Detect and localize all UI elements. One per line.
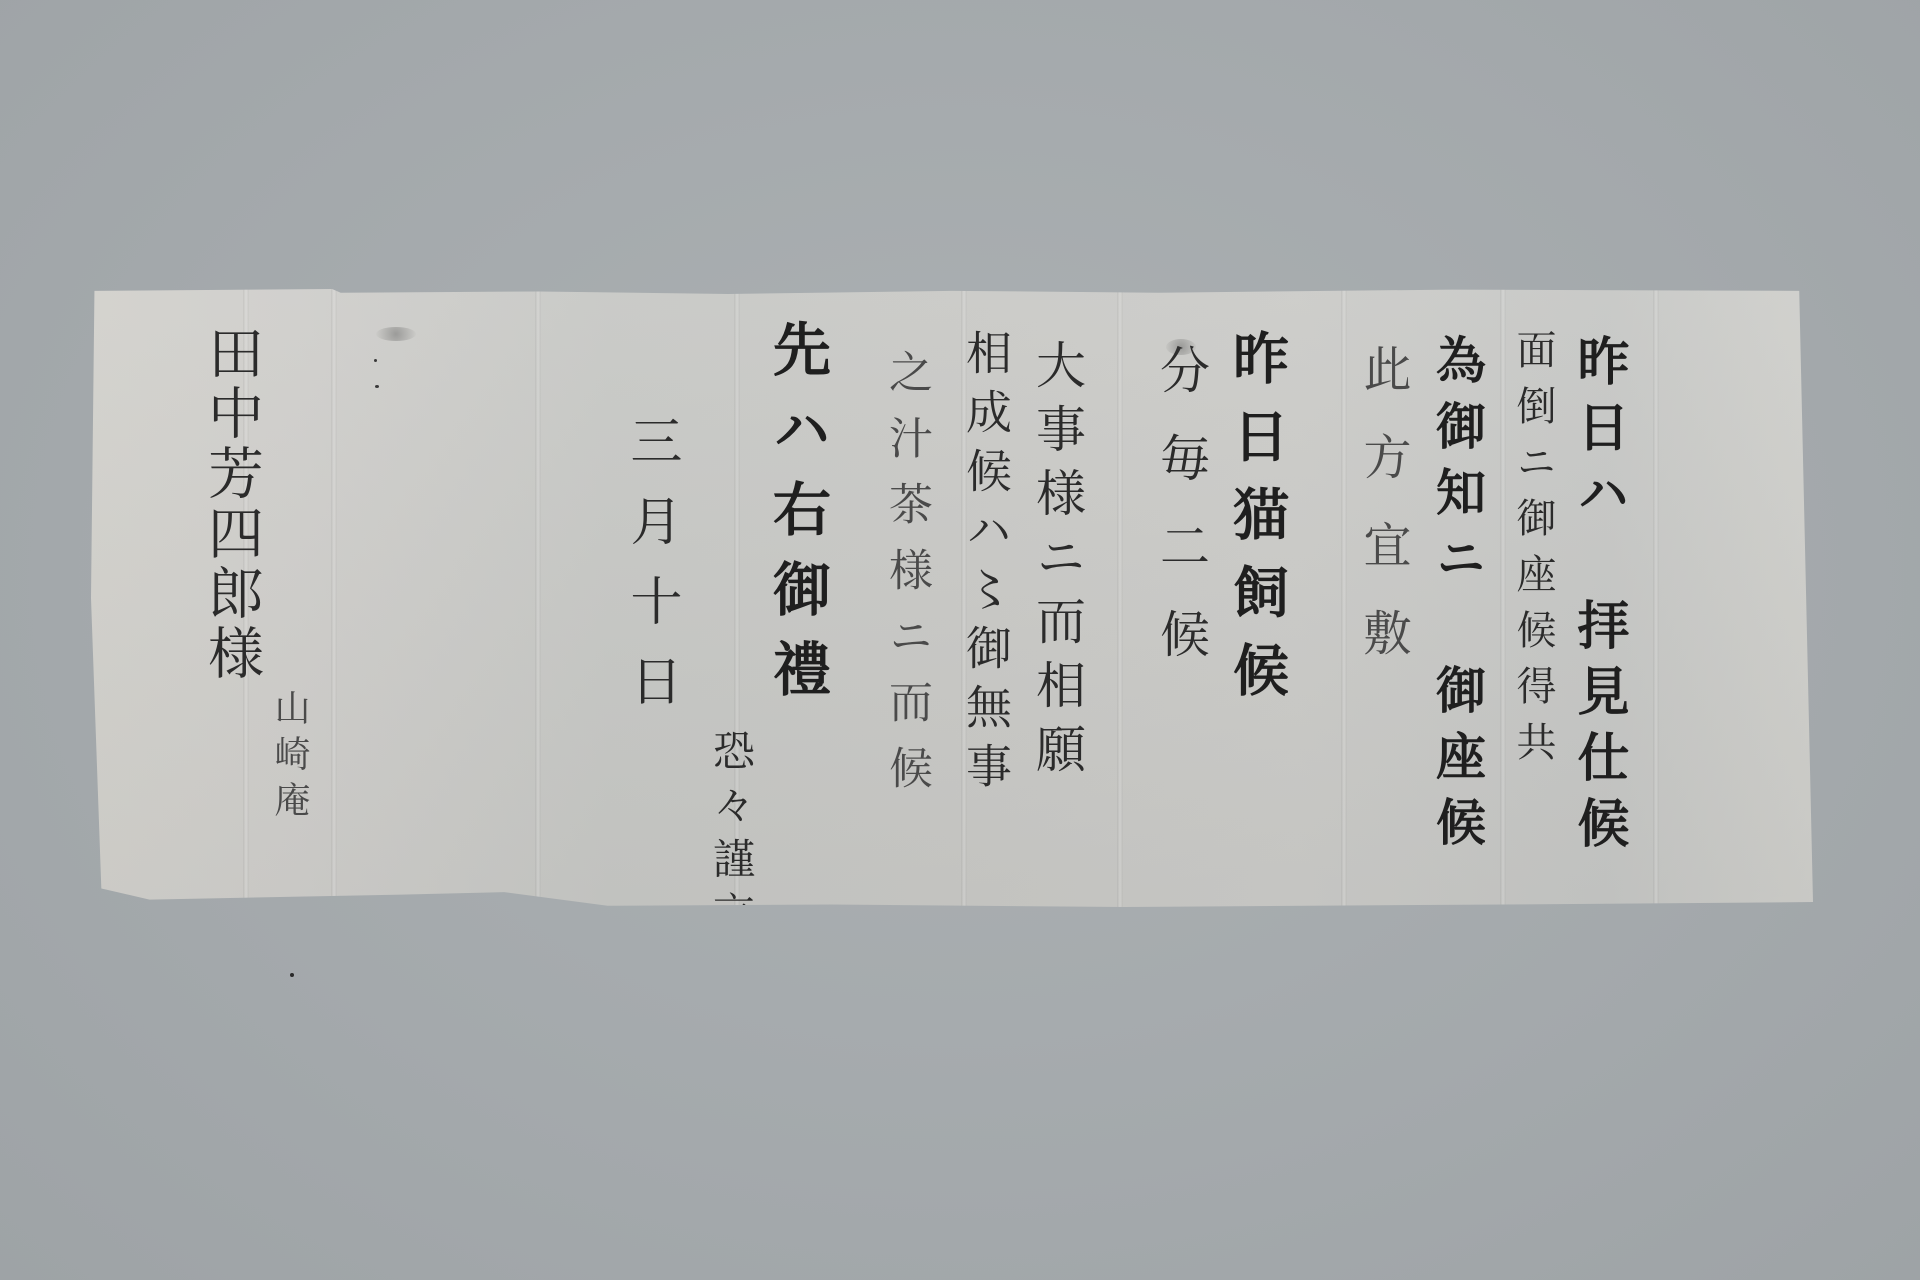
text-column-5: 昨日猫飼候 [1229, 329, 1285, 719]
text-column-8: 相成候ハ〻御無事 [963, 329, 1009, 801]
text-column-1: 昨日ハ 拝見仕候 [1572, 334, 1624, 862]
fold-line [1653, 289, 1659, 907]
fold-line [1500, 289, 1506, 907]
date-column: 三月十日 [625, 414, 677, 734]
addressee: 田中芳四郎様 [203, 324, 259, 684]
text-column-4: 此方宜敷 [1359, 344, 1407, 696]
text-column-10: 先ハ右御禮 [768, 319, 826, 719]
text-column-11: 恐々謹言 [710, 729, 752, 945]
ink-speck [374, 359, 377, 362]
letter-paper: 昨日ハ 拝見仕候 面倒ニ御座候得共 為御知ニ 御座候 此方宜敷 昨日猫飼候 分毎… [91, 289, 1813, 907]
text-column-3: 為御知ニ 御座候 [1432, 334, 1482, 862]
fold-line [1117, 289, 1123, 907]
fold-line [331, 289, 337, 907]
text-column-9: 之汁茶様ニ而候 [884, 349, 928, 811]
text-column-2: 面倒ニ御座候得共 [1513, 329, 1553, 777]
text-column-7: 大事様ニ而相願 [1032, 339, 1082, 787]
ink-speck [375, 385, 379, 388]
fold-line [535, 289, 541, 907]
dust-speck [290, 973, 294, 977]
ink-smudge [1166, 339, 1196, 355]
sender-signature: 山崎庵 [271, 689, 307, 827]
fold-line [1341, 289, 1347, 907]
ink-smudge [376, 327, 416, 341]
text-column-6: 分毎二候 [1156, 344, 1206, 696]
